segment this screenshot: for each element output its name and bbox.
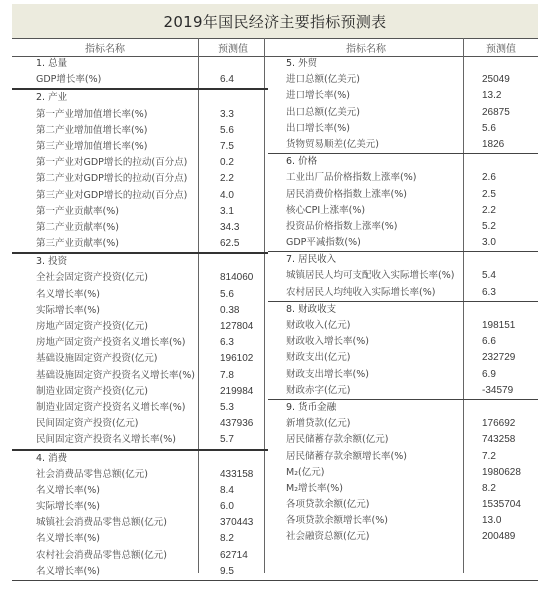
forecast-value: 0.38 [220,303,239,319]
section-heading: 8. 财政收支 [268,302,538,318]
indicator-name: 民间固定资产投资名义增长率(%) [36,432,176,448]
section-heading: 6. 价格 [268,154,538,170]
table-row: 制造业固定资产投资名义增长率(%)5.3 [12,400,268,416]
indicator-name: 出口总额(亿美元) [286,105,360,121]
section: 7. 居民收入城镇居民人均可支配收入实际增长率(%)5.4农村居民人均纯收入实际… [268,252,538,302]
indicator-name: 实际增长率(%) [36,303,100,319]
forecast-value: 0.2 [220,155,234,171]
forecast-value: 9.5 [220,564,234,580]
forecast-value: 219984 [220,384,253,400]
table-header: 指标名称 预测值 指标名称 预测值 [12,38,538,57]
indicator-name: 社会消费品零售总额(亿元) [36,467,148,483]
indicator-name: 全社会固定资产投资(亿元) [36,270,148,286]
table-row: 基础设施固定资产投资(亿元)196102 [12,351,268,367]
right-column: 5. 外贸进口总额(亿美元)25049进口增长率(%)13.2出口总额(亿美元)… [268,56,538,581]
section-title: 2. 产业 [36,90,67,106]
table-row: 第一产业贡献率(%)3.1 [12,204,268,220]
table-row: 民间固定资产投资(亿元)437936 [12,416,268,432]
forecast-value: 196102 [220,351,253,367]
section-title: 6. 价格 [286,154,317,170]
section-heading: 7. 居民收入 [268,252,538,268]
forecast-value: 8.4 [220,483,234,499]
section: 8. 财政收支财政收入(亿元)198151财政收入增长率(%)6.6财政支出(亿… [268,302,538,400]
table-row: 房地产固定资产投资名义增长率(%)6.3 [12,335,268,351]
table-row: 财政赤字(亿元)-34579 [268,383,538,399]
section-title: 3. 投资 [36,254,67,270]
indicator-name: 房地产固定资产投资(亿元) [36,319,148,335]
table-row: M₂增长率(%)8.2 [268,481,538,497]
table-row: 基础设施固定资产投资名义增长率(%)7.8 [12,368,268,384]
forecast-value: 62.5 [220,236,239,252]
table-row: 新增贷款(亿元)176692 [268,416,538,432]
section-heading: 9. 货币金融 [268,400,538,416]
section-heading: 3. 投资 [12,254,268,270]
forecast-value: 5.3 [220,400,234,416]
indicator-name: 居民消费价格指数上涨率(%) [286,187,407,203]
indicator-name: 第二产业贡献率(%) [36,220,119,236]
forecast-value: 25049 [482,72,510,88]
section: 2. 产业第一产业增加值增长率(%)3.3第二产业增加值增长率(%)5.6第三产… [12,90,268,254]
table-row: 居民消费价格指数上涨率(%)2.5 [268,187,538,203]
forecast-value: 437936 [220,416,253,432]
indicator-name: 第一产业增加值增长率(%) [36,107,147,123]
forecast-value: 127804 [220,319,253,335]
indicator-name: 财政赤字(亿元) [286,383,350,399]
indicator-name: 财政支出增长率(%) [286,367,369,383]
forecast-value: 3.0 [482,235,496,251]
indicator-name: 各项贷款余额(亿元) [286,497,369,513]
table-row: 全社会固定资产投资(亿元)814060 [12,270,268,286]
indicator-name: 名义增长率(%) [36,483,100,499]
forecast-value: 7.2 [482,449,496,465]
section-title: 9. 货币金融 [286,400,336,416]
section-heading: 2. 产业 [12,90,268,106]
table-row: 投资品价格指数上涨率(%)5.2 [268,219,538,235]
forecast-value: 370443 [220,515,253,531]
forecast-value: 2.2 [220,171,234,187]
forecast-value: 1980628 [482,465,521,481]
indicator-name: 工业出厂品价格指数上涨率(%) [286,170,416,186]
forecast-value: 3.3 [220,107,234,123]
table-row: 第三产业贡献率(%)62.5 [12,236,268,252]
forecast-value: 433158 [220,467,253,483]
table-row: 进口增长率(%)13.2 [268,88,538,104]
forecast-value: -34579 [482,383,513,399]
section-heading: 5. 外贸 [268,56,538,72]
forecast-value: 34.3 [220,220,239,236]
forecast-value: 8.2 [482,481,496,497]
header-right-value: 预测值 [464,40,538,55]
table-row: 第二产业增加值增长率(%)5.6 [12,123,268,139]
indicator-name: 农村社会消费品零售总额(亿元) [36,548,167,564]
section: 4. 消费社会消费品零售总额(亿元)433158名义增长率(%)8.4实际增长率… [12,451,268,582]
indicator-name: 第一产业对GDP增长的拉动(百分点) [36,155,187,171]
indicator-name: 制造业固定资产投资名义增长率(%) [36,400,185,416]
forecast-value: 2.5 [482,187,496,203]
indicator-name: 居民储蓄存款余额增长率(%) [286,449,407,465]
section-heading: 4. 消费 [12,451,268,467]
table-row: 农村居民人均纯收入实际增长率(%)6.3 [268,285,538,301]
forecast-value: 5.7 [220,432,234,448]
forecast-value: 1535704 [482,497,521,513]
indicator-name: 财政收入增长率(%) [286,334,369,350]
indicator-name: 基础设施固定资产投资(亿元) [36,351,157,367]
table-row: M₂(亿元)1980628 [268,465,538,481]
page-title: 2019年国民经济主要指标预测表 [164,11,387,32]
table-row: 第三产业对GDP增长的拉动(百分点)4.0 [12,188,268,204]
indicator-name: 财政收入(亿元) [286,318,350,334]
indicator-name: 各项贷款余额增长率(%) [286,513,388,529]
indicator-name: 第二产业对GDP增长的拉动(百分点) [36,171,187,187]
indicator-name: 名义增长率(%) [36,287,100,303]
table-row: 民间固定资产投资名义增长率(%)5.7 [12,432,268,448]
indicator-name: 货物贸易顺差(亿美元) [286,137,379,153]
forecast-value: 6.3 [220,335,234,351]
indicator-name: M₂增长率(%) [286,481,343,497]
section-title: 1. 总量 [36,56,67,72]
left-column: 1. 总量GDP增长率(%)6.42. 产业第一产业增加值增长率(%)3.3第二… [12,56,268,581]
forecast-value: 6.6 [482,334,496,350]
forecast-value: 5.2 [482,219,496,235]
section: 9. 货币金融新增贷款(亿元)176692居民储蓄存款余额(亿元)743258居… [268,400,538,581]
table-row: 城镇居民人均可支配收入实际增长率(%)5.4 [268,268,538,284]
forecast-value: 7.5 [220,139,234,155]
forecast-value: 176692 [482,416,515,432]
table-row: 实际增长率(%)0.38 [12,303,268,319]
header-left-name: 指标名称 [12,40,198,55]
table-row: 工业出厂品价格指数上涨率(%)2.6 [268,170,538,186]
indicator-name: 进口增长率(%) [286,88,350,104]
forecast-value: 4.0 [220,188,234,204]
forecast-value: 2.6 [482,170,496,186]
table-row: 财政收入(亿元)198151 [268,318,538,334]
forecast-value: 13.0 [482,513,501,529]
table-row: 核心CPI上涨率(%)2.2 [268,203,538,219]
indicator-name: 新增贷款(亿元) [286,416,350,432]
section-title: 7. 居民收入 [286,252,336,268]
table-row: 财政支出增长率(%)6.9 [268,367,538,383]
forecast-value: 26875 [482,105,510,121]
indicator-name: 居民储蓄存款余额(亿元) [286,432,388,448]
indicator-name: 投资品价格指数上涨率(%) [286,219,397,235]
section-title: 8. 财政收支 [286,302,336,318]
section: 5. 外贸进口总额(亿美元)25049进口增长率(%)13.2出口总额(亿美元)… [268,56,538,154]
section: 1. 总量GDP增长率(%)6.4 [12,56,268,90]
table-row: 名义增长率(%)5.6 [12,287,268,303]
table-row: 出口增长率(%)5.6 [268,121,538,137]
indicator-name: 核心CPI上涨率(%) [286,203,365,219]
table-row: 第二产业贡献率(%)34.3 [12,220,268,236]
indicator-name: GDP平减指数(%) [286,235,361,251]
table-row: GDP增长率(%)6.4 [12,72,268,88]
indicator-name: 民间固定资产投资(亿元) [36,416,138,432]
table-row: 第三产业增加值增长率(%)7.5 [12,139,268,155]
forecast-value: 6.4 [220,72,234,88]
forecast-value: 5.6 [482,121,496,137]
header-right-name: 指标名称 [268,40,464,55]
title-bar: 2019年国民经济主要指标预测表 [12,4,538,38]
indicator-name: 农村居民人均纯收入实际增长率(%) [286,285,435,301]
section-heading: 1. 总量 [12,56,268,72]
table-row: 名义增长率(%)9.5 [12,564,268,580]
section: 6. 价格工业出厂品价格指数上涨率(%)2.6居民消费价格指数上涨率(%)2.5… [268,154,538,252]
table-row: 实际增长率(%)6.0 [12,499,268,515]
table-row: 名义增长率(%)8.4 [12,483,268,499]
indicator-name: 城镇社会消费品零售总额(亿元) [36,515,167,531]
forecast-value: 3.1 [220,204,234,220]
table-row: 制造业固定资产投资(亿元)219984 [12,384,268,400]
table-row: 城镇社会消费品零售总额(亿元)370443 [12,515,268,531]
indicator-name: 出口增长率(%) [286,121,350,137]
indicator-name: 第三产业贡献率(%) [36,236,119,252]
table-row: 居民储蓄存款余额增长率(%)7.2 [268,449,538,465]
table-row: 第一产业对GDP增长的拉动(百分点)0.2 [12,155,268,171]
indicator-name: 财政支出(亿元) [286,350,350,366]
section: 3. 投资全社会固定资产投资(亿元)814060名义增长率(%)5.6实际增长率… [12,254,268,450]
section-title: 5. 外贸 [286,56,317,72]
forecast-value: 814060 [220,270,253,286]
forecast-value: 5.6 [220,287,234,303]
indicator-name: 城镇居民人均可支配收入实际增长率(%) [286,268,454,284]
indicator-name: 第一产业贡献率(%) [36,204,119,220]
forecast-value: 2.2 [482,203,496,219]
indicator-name: 实际增长率(%) [36,499,100,515]
forecast-value: 8.2 [220,531,234,547]
header-left-value: 预测值 [198,40,268,55]
indicator-name: 房地产固定资产投资名义增长率(%) [36,335,185,351]
indicator-name: 进口总额(亿美元) [286,72,360,88]
indicator-name: 制造业固定资产投资(亿元) [36,384,148,400]
table-row: 各项贷款余额(亿元)1535704 [268,497,538,513]
forecast-value: 7.8 [220,368,234,384]
indicator-name: 基础设施固定资产投资名义增长率(%) [36,368,195,384]
table-row: 农村社会消费品零售总额(亿元)62714 [12,548,268,564]
table-row: 居民储蓄存款余额(亿元)743258 [268,432,538,448]
table-row: 房地产固定资产投资(亿元)127804 [12,319,268,335]
table-row: 社会消费品零售总额(亿元)433158 [12,467,268,483]
forecast-value: 62714 [220,548,248,564]
indicator-name: 社会融资总额(亿元) [286,529,369,545]
table-row: GDP平减指数(%)3.0 [268,235,538,251]
table-row: 社会融资总额(亿元)200489 [268,529,538,545]
forecast-value: 13.2 [482,88,501,104]
table-row: 进口总额(亿美元)25049 [268,72,538,88]
forecast-value: 200489 [482,529,515,545]
forecast-value: 6.9 [482,367,496,383]
table-row: 第二产业对GDP增长的拉动(百分点)2.2 [12,171,268,187]
table-row: 财政支出(亿元)232729 [268,350,538,366]
table-row: 各项贷款余额增长率(%)13.0 [268,513,538,529]
forecast-value: 5.6 [220,123,234,139]
indicator-name: 名义增长率(%) [36,564,100,580]
section-title: 4. 消费 [36,451,67,467]
indicator-name: 第二产业增加值增长率(%) [36,123,147,139]
indicator-name: M₂(亿元) [286,465,324,481]
table-row: 第一产业增加值增长率(%)3.3 [12,107,268,123]
indicator-name: GDP增长率(%) [36,72,101,88]
table-row: 出口总额(亿美元)26875 [268,105,538,121]
table-row: 名义增长率(%)8.2 [12,531,268,547]
indicator-name: 第三产业对GDP增长的拉动(百分点) [36,188,187,204]
table-row: 财政收入增长率(%)6.6 [268,334,538,350]
table-row: 货物贸易顺差(亿美元)1826 [268,137,538,153]
forecast-value: 6.0 [220,499,234,515]
forecast-value: 232729 [482,350,515,366]
indicator-name: 名义增长率(%) [36,531,100,547]
forecast-value: 198151 [482,318,515,334]
forecast-value: 1826 [482,137,504,153]
forecast-value: 743258 [482,432,515,448]
indicator-name: 第三产业增加值增长率(%) [36,139,147,155]
forecast-value: 5.4 [482,268,496,284]
forecast-value: 6.3 [482,285,496,301]
